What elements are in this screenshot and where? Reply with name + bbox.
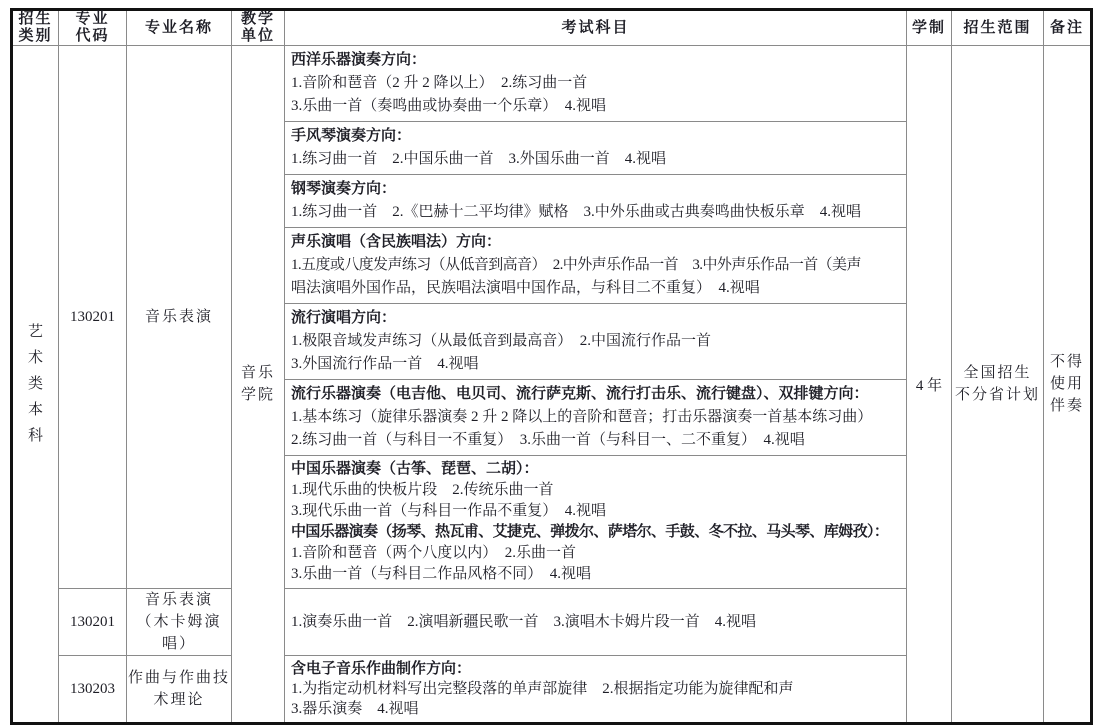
header-row: 招生 类别 专业 代码 专业名称 教学 单位 考试科目 学制 招生范围 备注: [12, 10, 1092, 46]
exam-line: 1.现代乐曲的快板片段 2.传统乐曲一首: [291, 480, 900, 501]
exam-subjects-cell: 流行乐器演奏（电吉他、电贝司、流行萨克斯、流行打击乐、流行键盘）、双排键方向： …: [285, 380, 907, 456]
col-header-exam-subjects: 考试科目: [285, 10, 907, 46]
exam-line: 1.极限音域发声练习（从最低音到最高音） 2.中国流行作品一首: [291, 330, 900, 353]
exam-line: 3.乐曲一首（与科目二作品风格不同） 4.视唱: [291, 564, 900, 585]
col-header-major-name: 专业名称: [127, 10, 232, 46]
col-header-remarks: 备注: [1044, 10, 1092, 46]
exam-direction-heading: 西洋乐器演奏方向：: [291, 49, 900, 72]
teaching-unit-cell: 音乐 学院: [232, 46, 285, 650]
exam-subjects-cell: 西洋乐器演奏方向： 1.音阶和琶音（2 升 2 降以上） 2.练习曲一首 3.乐…: [285, 46, 907, 122]
table-row: 艺术类本科 130201 音乐表演 音乐 学院 西洋乐器演奏方向： 1.音阶和琶…: [12, 46, 1092, 122]
exam-line: 1.练习曲一首 2.中国乐曲一首 3.外国乐曲一首 4.视唱: [291, 148, 900, 171]
exam-line: 1.五度或八度发声练习（从低音到高音） 2.中外声乐作品一首 3.中外声乐作品一…: [291, 254, 900, 277]
exam-direction-heading: 流行演唱方向：: [291, 307, 900, 330]
major-name-cell: 音乐表演: [127, 46, 232, 589]
major-name-cell: 音乐表演 （木卡姆演唱）: [127, 589, 232, 650]
admission-plan-table: 招生 类别 专业 代码 专业名称 教学 单位 考试科目 学制 招生范围 备注 艺…: [10, 8, 1093, 649]
col-header-duration: 学制: [907, 10, 952, 46]
exam-line: 1.音阶和琶音（2 升 2 降以上） 2.练习曲一首: [291, 72, 900, 95]
exam-line: 1.演奏乐曲一首 2.演唱新疆民歌一首 3.演唱木卡姆片段一首 4.视唱: [291, 611, 900, 634]
exam-subjects-cell: 1.演奏乐曲一首 2.演唱新疆民歌一首 3.演唱木卡姆片段一首 4.视唱: [285, 589, 907, 650]
exam-direction-heading: 钢琴演奏方向：: [291, 178, 900, 201]
exam-line: 1.练习曲一首 2.《巴赫十二平均律》赋格 3.中外乐曲或古典奏鸣曲快板乐章 4…: [291, 201, 900, 224]
exam-direction-heading: 中国乐器演奏（扬琴、热瓦甫、艾捷克、弹拨尔、萨塔尔、手鼓、冬不拉、马头琴、库姆孜…: [291, 522, 900, 543]
exam-direction-heading: 手风琴演奏方向：: [291, 125, 900, 148]
exam-line: 3.乐曲一首（奏鸣曲或协奏曲一个乐章） 4.视唱: [291, 95, 900, 118]
major-code-cell: 130201: [59, 46, 127, 589]
admission-scope-cell: 全国招生 不分省计划: [952, 46, 1044, 650]
exam-direction-heading: 声乐演唱（含民族唱法）方向：: [291, 231, 900, 254]
col-header-teaching-unit: 教学 单位: [232, 10, 285, 46]
admission-category-text: 艺术类本科: [28, 319, 44, 449]
col-header-major-code: 专业 代码: [59, 10, 127, 46]
exam-direction-heading: 中国乐器演奏（古筝、琵琶、二胡）：: [291, 459, 900, 480]
exam-line: 2.练习曲一首（与科目一不重复） 3.乐曲一首（与科目一、二不重复） 4.视唱: [291, 429, 900, 452]
exam-line: 1.基本练习（旋律乐器演奏 2 升 2 降以上的音阶和琶音；打击乐器演奏一首基本…: [291, 406, 900, 429]
col-header-admission-scope: 招生范围: [952, 10, 1044, 46]
exam-direction-heading: 流行乐器演奏（电吉他、电贝司、流行萨克斯、流行打击乐、流行键盘）、双排键方向：: [291, 383, 900, 406]
admission-category-cell: 艺术类本科: [12, 46, 59, 650]
col-header-admission-category: 招生 类别: [12, 10, 59, 46]
duration-cell: 4 年: [907, 46, 952, 650]
major-code-cell: 130201: [59, 589, 127, 650]
exam-line: 1.音阶和琶音（两个八度以内） 2.乐曲一首: [291, 543, 900, 564]
exam-line: 3.外国流行作品一首 4.视唱: [291, 353, 900, 376]
exam-subjects-cell: 声乐演唱（含民族唱法）方向： 1.五度或八度发声练习（从低音到高音） 2.中外声…: [285, 228, 907, 304]
remarks-cell: 不得 使用 伴奏: [1044, 46, 1092, 650]
exam-subjects-cell: 手风琴演奏方向： 1.练习曲一首 2.中国乐曲一首 3.外国乐曲一首 4.视唱: [285, 122, 907, 175]
exam-subjects-cell: 流行演唱方向： 1.极限音域发声练习（从最低音到最高音） 2.中国流行作品一首 …: [285, 304, 907, 380]
exam-subjects-cell: 中国乐器演奏（古筝、琵琶、二胡）： 1.现代乐曲的快板片段 2.传统乐曲一首 3…: [285, 456, 907, 589]
exam-line: 3.现代乐曲一首（与科目一作品不重复） 4.视唱: [291, 501, 900, 522]
exam-subjects-cell: 钢琴演奏方向： 1.练习曲一首 2.《巴赫十二平均律》赋格 3.中外乐曲或古典奏…: [285, 175, 907, 228]
exam-line: 唱法演唱外国作品，民族唱法演唱中国作品，与科目二不重复） 4.视唱: [291, 277, 900, 300]
